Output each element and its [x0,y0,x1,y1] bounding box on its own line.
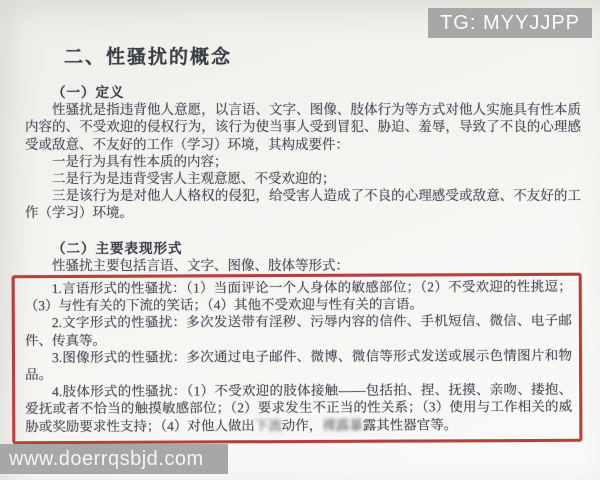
document-photo-page: TG: MYYJJPP 二、性骚扰的概念 （一）定义 性骚扰是指违背他人意愿，以… [0,0,600,480]
physical-item-text-end: 露其性器官等。 [363,417,458,432]
red-highlight-box: 1.言语形式的性骚扰：（1）当面评论一个人身体的敏感部位；（2）不受欢迎的性挑逗… [12,273,583,444]
boxed-item-physical: 4.肢体形式的性骚扰：（1）不受欢迎的肢体接触——包括拍、捏、抚摸、亲吻、搂抱、… [25,381,572,435]
boxed-item-verbal: 1.言语形式的性骚扰：（1）当面评论一个人身体的敏感部位；（2）不受欢迎的性挑逗… [25,278,572,315]
physical-item-text-mid: 动作， [282,418,323,433]
website-watermark-bar: www.doerrqsbjd.com [0,444,228,474]
document-body: （一）定义 性骚扰是指违背他人意愿，以言语、文字、图像、肢体行为等方式对他人实施… [25,84,581,443]
section2-intro: 性骚扰主要包括言语、文字、图像、肢体等形式： [25,257,581,274]
telegram-watermark-badge: TG: MYYJJPP [428,8,592,38]
definition-element-2: 二是行为是违背受害人主观意愿、不受欢迎的； [25,170,581,187]
section2-heading: （二）主要表现形式 [25,240,581,257]
definition-element-3: 三是该行为是对他人人格权的侵犯，给受害人造成了不良的心理感受或敌意、不友好的工作… [25,187,581,221]
smudged-text-2: 裸露暴 [322,417,363,432]
definition-element-1: 一是行为具有性本质的内容； [25,153,581,170]
section1-heading: （一）定义 [25,84,581,101]
page-title: 二、性骚扰的概念 [64,42,232,69]
definition-paragraph: 性骚扰是指违背他人意愿，以言语、文字、图像、肢体行为等方式对他人实施具有性本质内… [25,101,581,153]
boxed-item-text: 2.文字形式的性骚扰：多次发送带有淫秽、污辱内容的信件、手机短信、微信、电子邮件… [25,312,572,349]
boxed-item-image: 3.图像形式的性骚扰：多次通过电子邮件、微博、微信等形式发送或展示色情图片和物品… [25,347,572,384]
smudged-text-1: 下流 [255,418,282,433]
